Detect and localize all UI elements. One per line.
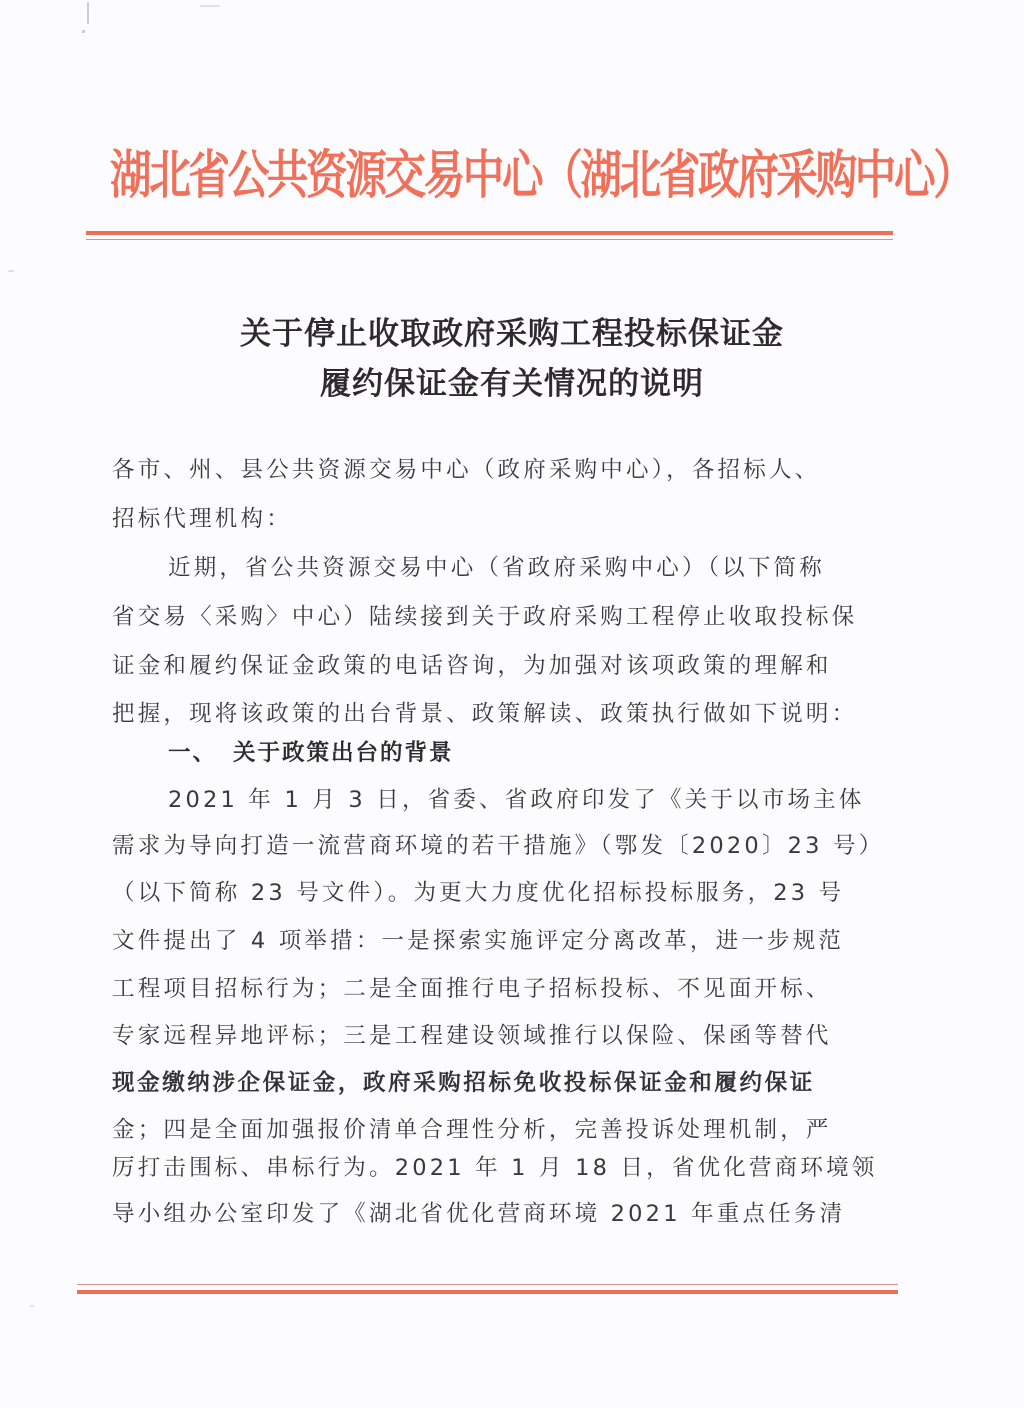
intro-line: 近期，省公共资源交易中心（省政府采购中心）（以下简称	[168, 548, 918, 588]
salutation-line2: 招标代理机构：	[112, 499, 862, 539]
scan-speck	[30, 1305, 34, 1307]
intro-line: 把握，现将该政策的出台背景、政策解读、政策执行做如下说明：	[112, 694, 862, 734]
body-line: 文件提出了 4 项举措：一是探索实施评定分离改革，进一步规范	[112, 921, 862, 961]
body-line: 导小组办公室印发了《湖北省优化营商环境 2021 年重点任务清	[112, 1194, 862, 1234]
section-heading-text: 关于政策出台的背景	[233, 740, 454, 766]
body-line: 工程项目招标行为；二是全面推行电子招标投标、不见面开标、	[112, 969, 862, 1009]
letterhead-rule-thin	[86, 239, 893, 240]
intro-line: 证金和履约保证金政策的电话咨询，为加强对该项政策的理解和	[112, 646, 862, 686]
section-heading-1: 一、关于政策出台的背景	[168, 733, 454, 773]
body-line: （以下简称 23 号文件）。为更大力度优化招标投标服务，23 号	[112, 873, 862, 913]
document-title-line2: 履约保证金有关情况的说明	[0, 358, 1024, 403]
footer-rule-thin-full	[77, 1284, 558, 1285]
section-number: 一、	[168, 740, 217, 766]
body-line: 厉打击围标、串标行为。2021 年 1 月 18 日，省优化营商环境领	[112, 1148, 862, 1188]
footer-rule-thin-right	[558, 1284, 898, 1285]
scan-speck	[8, 270, 14, 272]
body-line: 专家远程异地评标；三是工程建设领域推行以保险、保函等替代	[112, 1016, 862, 1056]
document-title-line1: 关于停止收取政府采购工程投标保证金	[0, 308, 1024, 353]
scan-speck	[87, 2, 89, 24]
scan-speck	[82, 30, 85, 33]
body-line: 需求为导向打造一流营商环境的若干措施》（鄂发〔2020〕23 号）	[112, 826, 862, 866]
intro-line: 省交易〈采购〉中心）陆续接到关于政府采购工程停止收取投标保	[112, 597, 862, 637]
body-line-emphasis: 现金缴纳涉企保证金，政府采购招标免收投标保证金和履约保证	[112, 1063, 862, 1103]
salutation-line1: 各市、州、县公共资源交易中心（政府采购中心），各招标人、	[112, 450, 862, 490]
footer-rule-thick	[77, 1290, 898, 1294]
scan-speck	[200, 5, 220, 7]
letterhead-organization: 湖北省公共资源交易中心（湖北省政府采购中心）	[110, 136, 734, 216]
body-line: 金；四是全面加强报价清单合理性分析，完善投诉处理机制，严	[112, 1110, 862, 1150]
letterhead-rule-thick	[86, 231, 893, 235]
body-line: 2021 年 1 月 3 日，省委、省政府印发了《关于以市场主体	[168, 780, 918, 820]
document-page: 湖北省公共资源交易中心（湖北省政府采购中心） 关于停止收取政府采购工程投标保证金…	[0, 0, 1024, 1408]
